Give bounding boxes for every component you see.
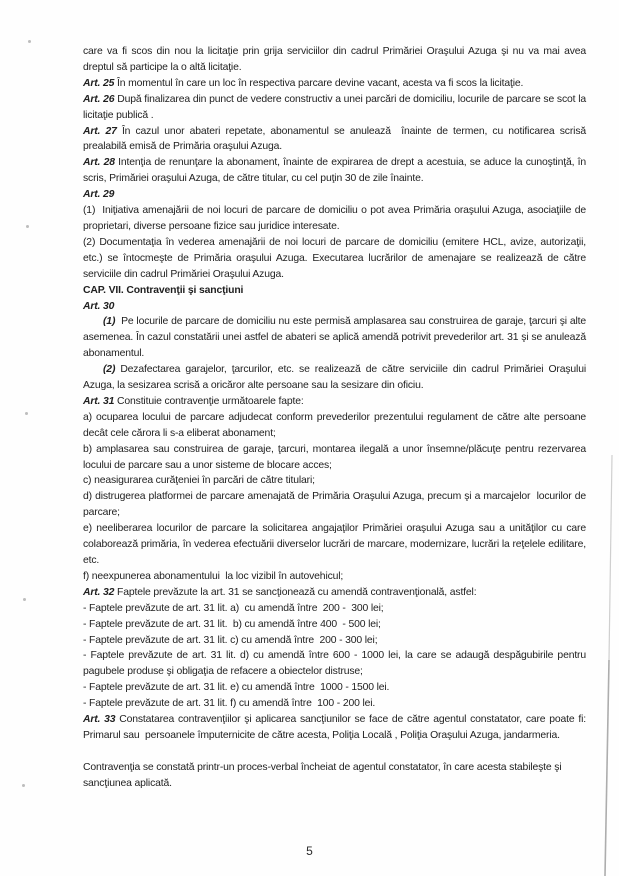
scan-speck [23, 598, 26, 601]
paragraph-art-31-lit-f: f) neexpunerea abonamentului la loc vizi… [83, 569, 586, 585]
text-run: (1) [103, 316, 115, 327]
text-run: În momentul în care un loc în respectiva… [114, 78, 523, 89]
text-run: Pe locurile de parcare de domiciliu nu e… [83, 316, 586, 359]
paragraph-art-27: Art. 27 În cazul unor abateri repetate, … [83, 124, 586, 156]
text-run: - Faptele prevăzute de art. 31 lit. f) c… [83, 698, 375, 709]
scan-speck [28, 40, 31, 43]
paragraph-art-31-lit-e: e) neeliberarea locurilor de parcare la … [83, 521, 586, 569]
document-page: care va fi scos din nou la licitaţie pri… [0, 0, 619, 876]
paragraph-art-30-al-2: (2) Dezafectarea garajelor, ţarcurilor, … [83, 362, 586, 394]
paragraph-art-25: Art. 25 În momentul în care un loc în re… [83, 76, 586, 92]
paragraph-art-32-lit-b: - Faptele prevăzute de art. 31 lit. b) c… [83, 617, 586, 633]
paragraph-art-26: Art. 26 După finalizarea din punct de ve… [83, 92, 586, 124]
text-run: (2) [103, 364, 115, 375]
paragraph-art-32: Art. 32 Faptele prevăzute la art. 31 se … [83, 585, 586, 601]
text-run: Art. 27 [83, 126, 117, 137]
paragraph-art-31-lit-b: b) amplasarea sau construirea de garaje,… [83, 442, 586, 474]
paragraph-proces-verbal: Contravenţia se constată printr-un proce… [83, 760, 586, 792]
paragraph-art-31-lit-a: a) ocuparea locului de parcare adjudecat… [83, 410, 586, 442]
text-run: a) ocuparea locului de parcare adjudecat… [83, 412, 586, 439]
text-run: e) neeliberarea locurilor de parcare la … [83, 523, 586, 566]
paragraph-art-32-lit-c: - Faptele prevăzute de art. 31 lit. c) c… [83, 633, 586, 649]
text-run: Art. 25 [83, 78, 114, 89]
scan-speck [25, 412, 28, 415]
text-run: Art. 31 [83, 396, 114, 407]
text-run: Art. 32 [83, 587, 114, 598]
paragraph-art-30-al-1: (1) Pe locurile de parcare de domiciliu … [83, 314, 586, 362]
page-number: 5 [0, 844, 619, 858]
chapter-heading-cap-vii: CAP. VII. Contravenţii şi sancţiuni [83, 283, 586, 299]
text-run: - Faptele prevăzute de art. 31 lit. d) c… [83, 650, 586, 677]
text-run: Art. 33 [83, 714, 115, 725]
text-run: Intenţia de renunţare la abonament, înai… [83, 157, 586, 184]
paragraph-art-29-al-1: (1) Iniţiativa amenajării de noi locuri … [83, 203, 586, 235]
text-run: Art. 26 [83, 94, 114, 105]
paragraph-art-29: Art. 29 [83, 187, 586, 203]
text-run: Dezafectarea garajelor, ţarcurilor, etc.… [83, 364, 586, 391]
paragraph-art-32-lit-f: - Faptele prevăzute de art. 31 lit. f) c… [83, 696, 586, 712]
text-run: - Faptele prevăzute de art. 31 lit. b) c… [83, 619, 381, 630]
text-run: - Faptele prevăzute de art. 31 lit. c) c… [83, 635, 377, 646]
text-run: - Faptele prevăzute de art. 31 lit. e) c… [83, 682, 389, 693]
text-run: Art. 28 [83, 157, 115, 168]
text-run: Contravenţia se constată printr-un proce… [83, 762, 562, 789]
paragraph-art-33: Art. 33 Constatarea contravenţiilor şi a… [83, 712, 586, 744]
paragraph-art-30: Art. 30 [83, 299, 586, 315]
paragraph-art-29-al-2: (2) Documentaţia în vederea amenajării d… [83, 235, 586, 283]
paragraph-art-31-lit-d: d) distrugerea platformei de parcare ame… [83, 489, 586, 521]
paragraph-continuation: care va fi scos din nou la licitaţie pri… [83, 44, 586, 76]
text-run: f) neexpunerea abonamentului la loc vizi… [83, 571, 343, 582]
text-run: b) amplasarea sau construirea de garaje,… [83, 444, 586, 471]
text-run: Constituie contravenţie următoarele fapt… [114, 396, 303, 407]
paragraph-art-32-lit-a: - Faptele prevăzute de art. 31 lit. a) c… [83, 601, 586, 617]
text-run: - Faptele prevăzute de art. 31 lit. a) c… [83, 603, 384, 614]
text-run: CAP. VII. Contravenţii şi sancţiuni [83, 285, 243, 296]
paragraph-art-32-lit-d: - Faptele prevăzute de art. 31 lit. d) c… [83, 648, 586, 680]
text-run: După finalizarea din punct de vedere con… [83, 94, 586, 121]
text-run: care va fi scos din nou la licitaţie pri… [83, 46, 586, 73]
paragraph-art-31: Art. 31 Constituie contravenţie următoar… [83, 394, 586, 410]
text-run: Faptele prevăzute la art. 31 se sancţion… [114, 587, 476, 598]
text-run: Art. 29 [83, 189, 114, 200]
text-run: Constatarea contravenţiilor şi aplicarea… [83, 714, 586, 741]
document-body: care va fi scos din nou la licitaţie pri… [83, 44, 586, 792]
paragraph-art-32-lit-e: - Faptele prevăzute de art. 31 lit. e) c… [83, 680, 586, 696]
text-run: (1) Iniţiativa amenajării de noi locuri … [83, 205, 586, 232]
paragraph-art-31-lit-c: c) neasigurarea curăţeniei în parcări de… [83, 473, 586, 489]
scan-speck [22, 784, 25, 787]
paragraph-art-28: Art. 28 Intenţia de renunţare la aboname… [83, 155, 586, 187]
scan-speck [26, 225, 29, 228]
text-run: Art. 30 [83, 301, 114, 312]
text-run: În cazul unor abateri repetate, abonamen… [83, 126, 586, 153]
text-run: d) distrugerea platformei de parcare ame… [83, 491, 586, 518]
text-run: c) neasigurarea curăţeniei în parcări de… [83, 475, 315, 486]
text-run: (2) Documentaţia în vederea amenajării d… [83, 237, 586, 280]
